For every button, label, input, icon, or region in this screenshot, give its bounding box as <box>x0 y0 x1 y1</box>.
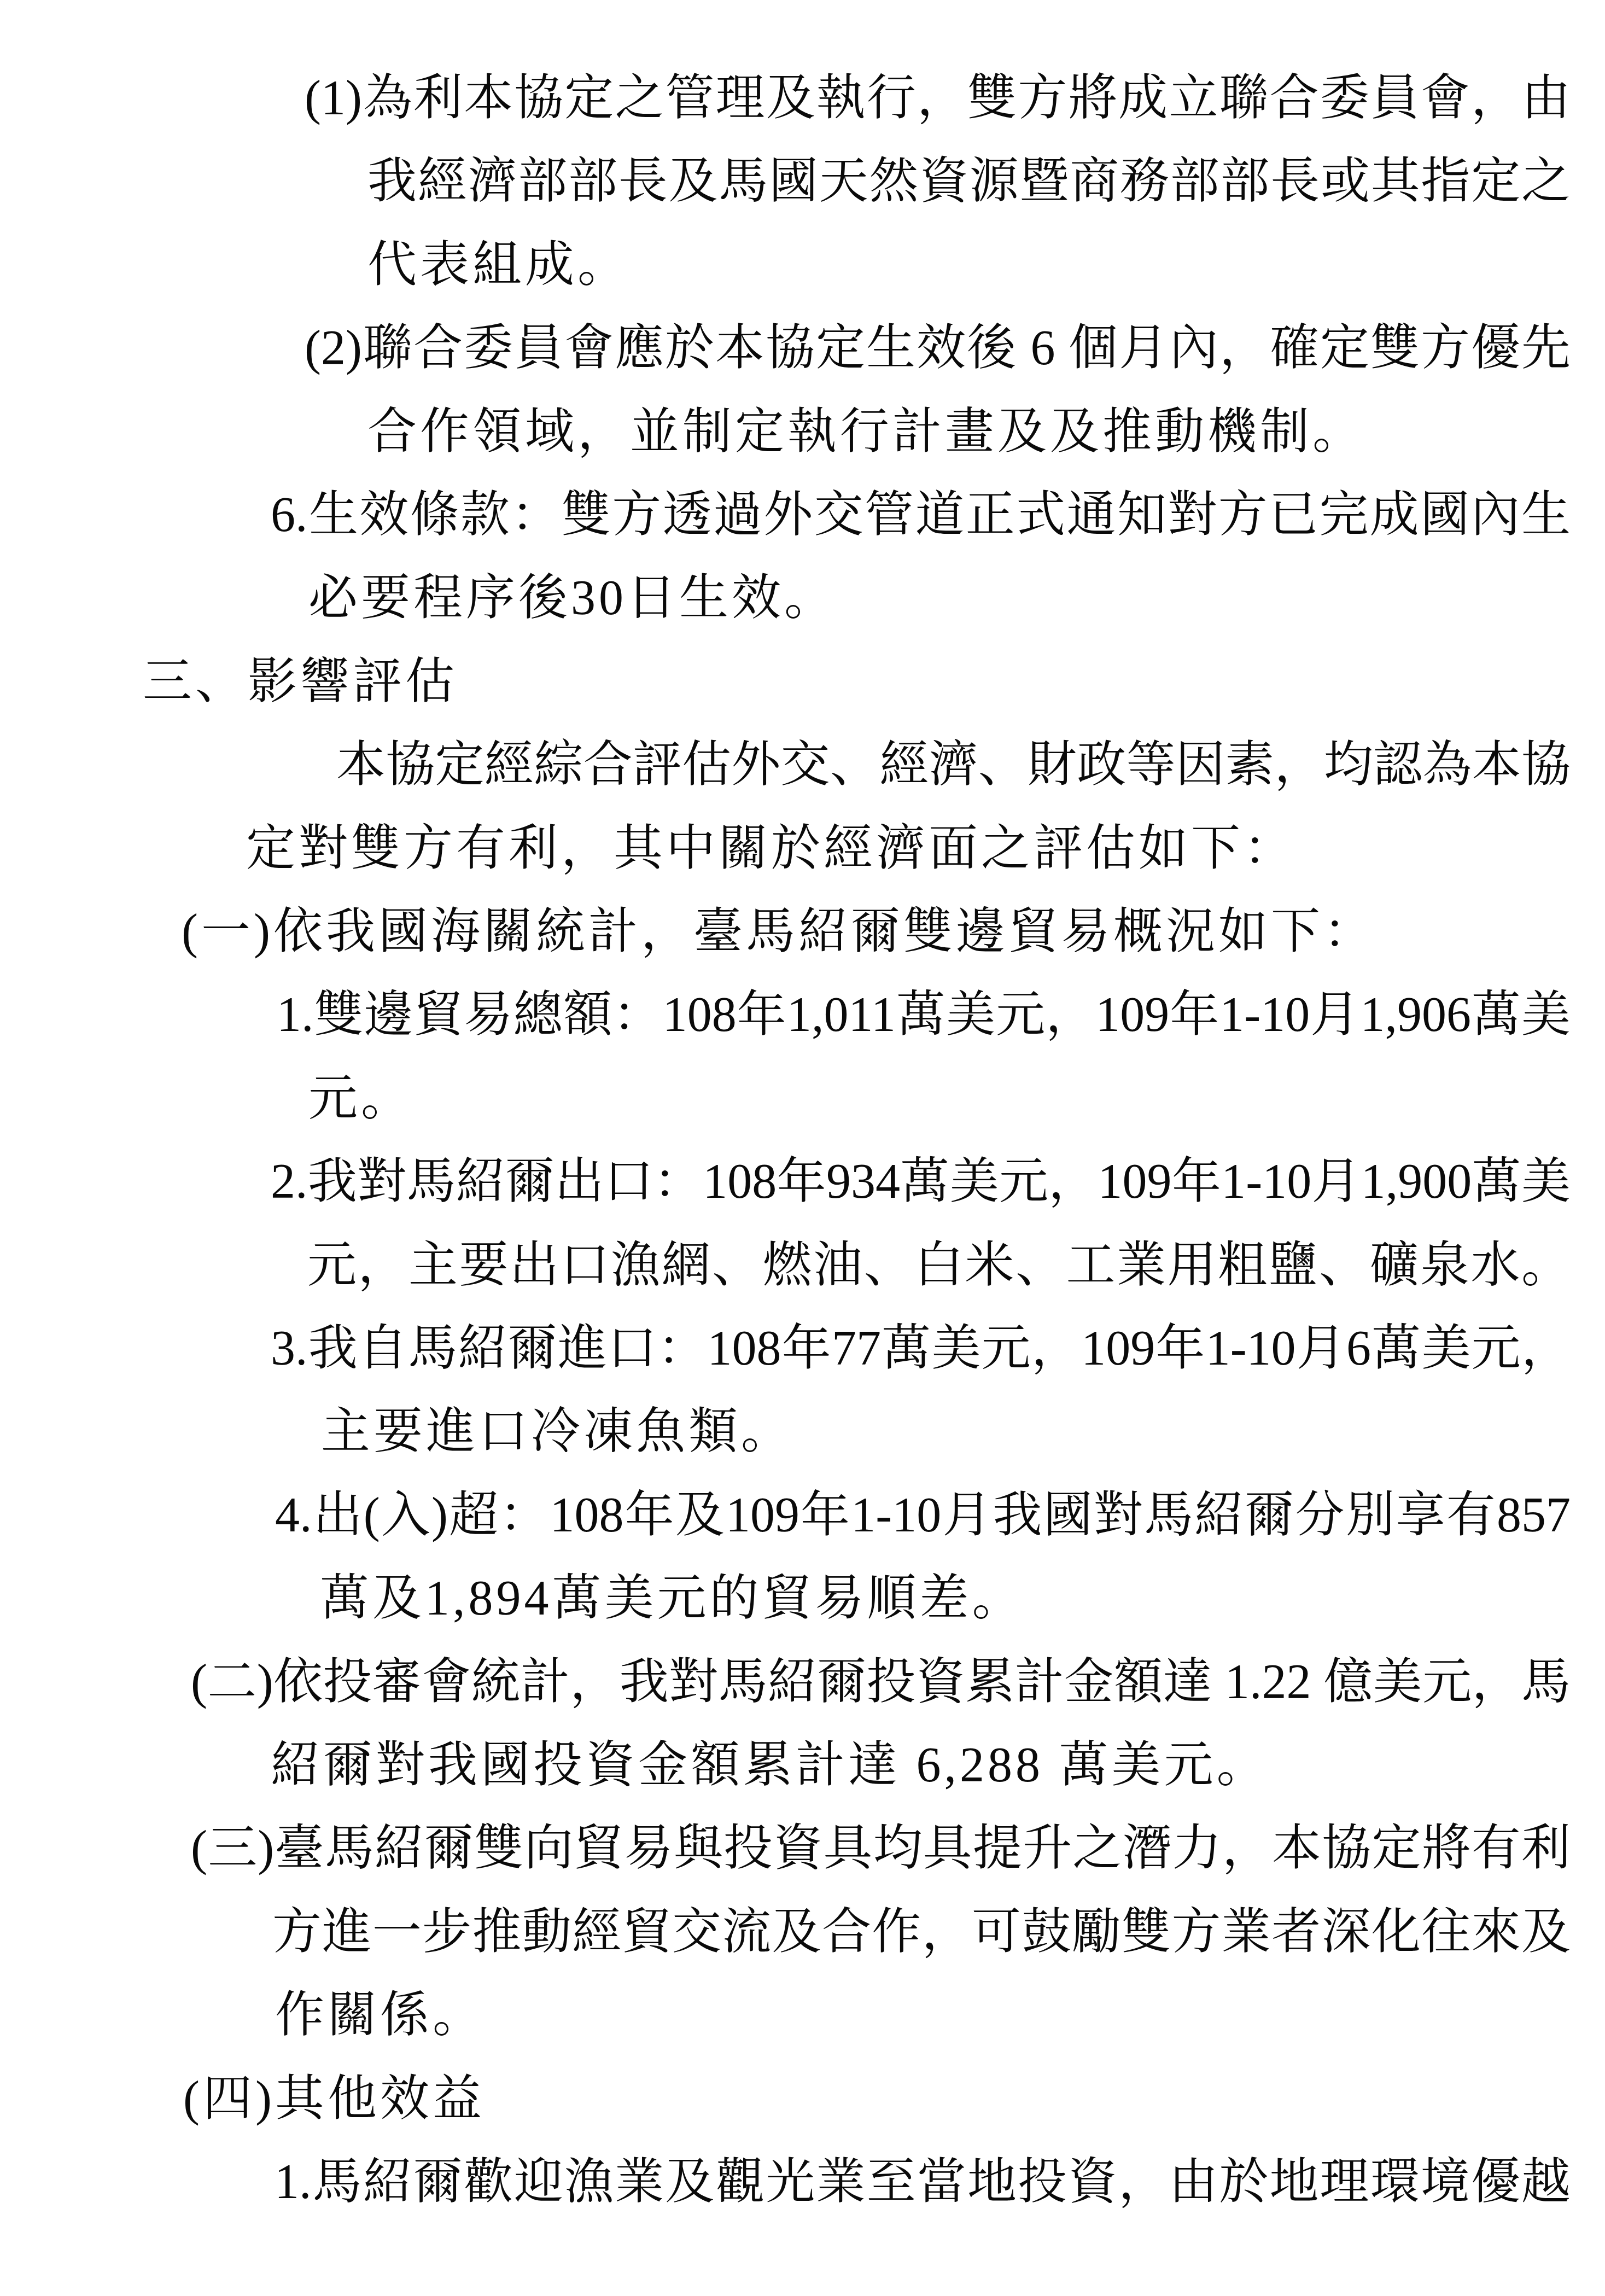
text-line: 4.出(入)超：108年及109年1-10月我國對馬紹爾分別享有857 <box>275 1474 1571 1557</box>
document-page: (1)為利本協定之管理及執行，雙方將成立聯合委員會，由 我經濟部部長及馬國天然資… <box>0 0 1605 2296</box>
text-line: 本協定經綜合評估外交、經濟、財政等因素，均認為本協 <box>336 724 1571 807</box>
text-line: 方進一步推動經貿交流及合作，可鼓勵雙方業者深化往來及合 <box>272 1891 1571 1974</box>
text-line: 紹爾對我國投資金額累計達 6,288 萬美元。 <box>271 1724 1269 1807</box>
text-line: 6.生效條款：雙方透過外交管道正式通知對方已完成國內生效 <box>271 474 1571 557</box>
text-line: 代表組成。 <box>367 224 630 307</box>
text-line: 元，主要出口漁網、燃油、白米、工業用粗鹽、礦泉水。 <box>307 1224 1571 1307</box>
text-line: 1.雙邊貿易總額：108年1,011萬美元，109年1-10月1,906萬美 <box>277 974 1571 1057</box>
text-line: (一)依我國海關統計，臺馬紹爾雙邊貿易概況如下： <box>182 890 1376 974</box>
text-line: 作關係。 <box>275 1974 485 2057</box>
text-line: 萬及1,894萬美元的貿易順差。 <box>320 1557 1025 1640</box>
text-line: 定對雙方有利，其中關於經濟面之評估如下： <box>246 807 1296 890</box>
text-line: 必要程序後30日生效。 <box>308 557 837 640</box>
text-line: 2.我對馬紹爾出口：108年934萬美元，109年1-10月1,900萬美 <box>271 1140 1571 1223</box>
text-line: (二)依投審會統計，我對馬紹爾投資累計金額達 1.22 億美元，馬 <box>191 1641 1571 1724</box>
section-heading: 三、影響評估 <box>143 640 458 724</box>
text-line: (四)其他效益 <box>183 2058 485 2141</box>
text-line: 1.馬紹爾歡迎漁業及觀光業至當地投資，由於地理環境優越以 <box>275 2141 1571 2224</box>
text-line: (2)聯合委員會應於本協定生效後 6 個月內，確定雙方優先 <box>305 307 1571 390</box>
text-line: 元。 <box>308 1057 413 1140</box>
text-line: 主要進口冷凍魚類。 <box>321 1390 793 1473</box>
text-line: 我經濟部部長及馬國天然資源暨商務部部長或其指定之 <box>367 140 1571 223</box>
text-line: 3.我自馬紹爾進口：108年77萬美元，109年1-10月6萬美元， <box>271 1307 1571 1390</box>
text-line: (三)臺馬紹爾雙向貿易與投資具均具提升之潛力，本協定將有利雙 <box>191 1807 1571 1890</box>
text-line: (1)為利本協定之管理及執行，雙方將成立聯合委員會，由 <box>305 57 1571 140</box>
text-line: 合作領域，並制定執行計畫及及推動機制。 <box>367 391 1365 474</box>
